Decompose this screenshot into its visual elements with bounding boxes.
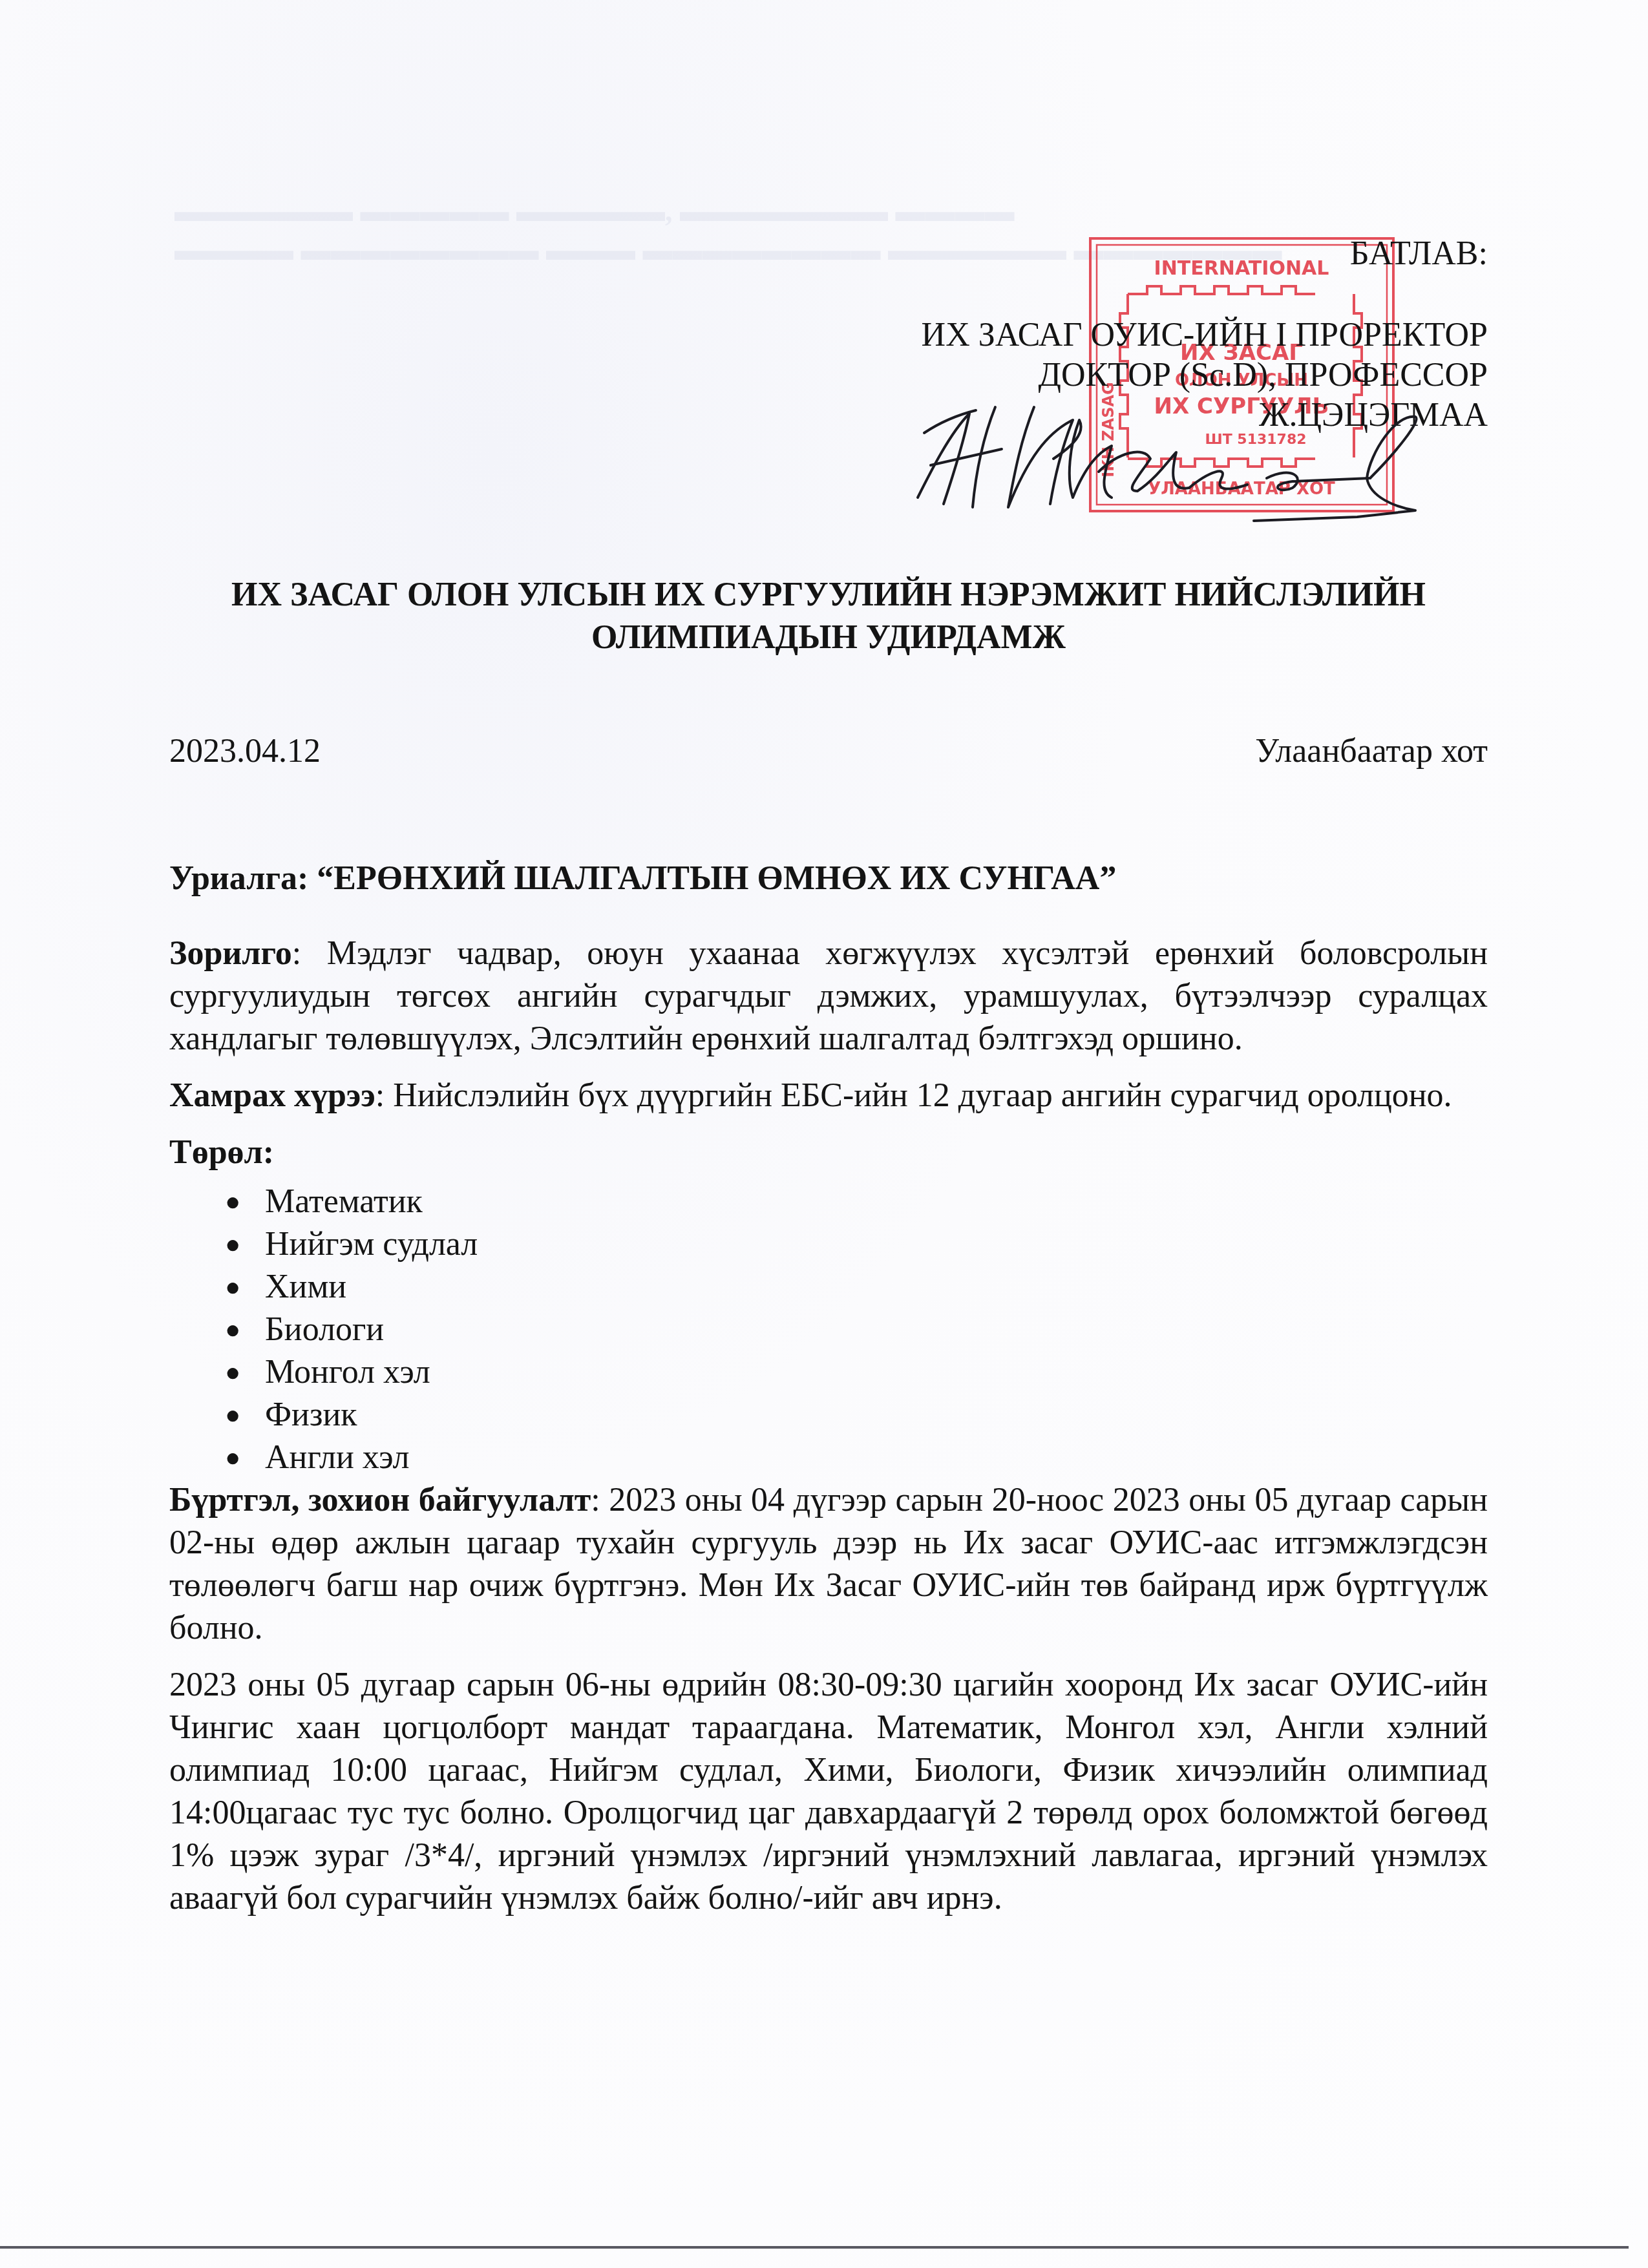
list-item: ●Хими [169, 1266, 1488, 1308]
list-item: ●Биологи [169, 1308, 1488, 1351]
document-body: Уриалга: “ЕРӨНХИЙ ШАЛГАЛТЫН ӨМНӨХ ИХ СУН… [169, 857, 1488, 1934]
campaign-label: Уриалга: [169, 860, 308, 897]
document-date: 2023.04.12 [169, 730, 321, 773]
registration-section: Бүртгэл, зохион байгуулалт: 2023 оны 04 … [169, 1479, 1488, 1650]
scanned-page: ▬▬▬▬▬▬ ▬▬▬▬▬ ▬▬▬▬▬, ▬▬▬▬▬▬▬ ▬▬▬▬ ▬▬▬▬ ▬▬… [0, 0, 1648, 2268]
document-title: ИХ ЗАСАГ ОЛОН УЛСЫН ИХ СУРГУУЛИЙН НЭРЭМЖ… [169, 574, 1488, 659]
bleed-through-text: ▬▬▬▬▬▬ ▬▬▬▬▬ ▬▬▬▬▬, ▬▬▬▬▬▬▬ ▬▬▬▬ [174, 194, 1015, 228]
scope-section: Хамрах хүрээ: Нийслэлийн бүх дүүргийн ЕБ… [169, 1075, 1488, 1117]
handwritten-signature [905, 394, 1441, 523]
title-line-2: ОЛИМПИАДЫН УДИРДАМЖ [169, 616, 1488, 659]
campaign-section: Уриалга: “ЕРӨНХИЙ ШАЛГАЛТЫН ӨМНӨХ ИХ СУН… [169, 857, 1488, 900]
bullet-icon: ● [225, 1266, 240, 1308]
approver-degree: ДОКТОР (Sc.D), ПРОФЕССОР [922, 355, 1488, 395]
title-line-1: ИХ ЗАСАГ ОЛОН УЛСЫН ИХ СУРГУУЛИЙН НЭРЭМЖ… [169, 574, 1488, 616]
goal-section: Зорилго: Мэдлэг чадвар, оюун ухаанаа хөг… [169, 932, 1488, 1060]
scope-label: Хамрах хүрээ [169, 1077, 375, 1114]
registration-label: Бүртгэл, зохион байгуулалт [169, 1482, 591, 1518]
goal-text: : Мэдлэг чадвар, оюун ухаанаа хөгжүүлэх … [169, 935, 1488, 1057]
bullet-icon: ● [225, 1394, 240, 1436]
list-item: ●Нийгэм судлал [169, 1223, 1488, 1266]
scanner-edge-line [0, 2246, 1629, 2249]
types-section: Төрөл: [169, 1131, 1488, 1174]
bullet-icon: ● [225, 1308, 240, 1351]
schedule-text: 2023 оны 05 дугаар сарын 06-ны өдрийн 08… [169, 1666, 1488, 1916]
list-item: ●Математик [169, 1181, 1488, 1223]
bullet-icon: ● [225, 1436, 240, 1479]
types-label: Төрөл: [169, 1134, 274, 1171]
scope-text: : Нийслэлийн бүх дүүргийн ЕБС-ийн 12 дуг… [375, 1077, 1452, 1114]
list-item: ●Монгол хэл [169, 1351, 1488, 1394]
subject-list: ●Математик ●Нийгэм судлал ●Хими ●Биологи… [169, 1181, 1488, 1479]
campaign-text: “ЕРӨНХИЙ ШАЛГАЛТЫН ӨМНӨХ ИХ СУНГАА” [308, 860, 1116, 897]
bullet-icon: ● [225, 1181, 240, 1223]
bullet-icon: ● [225, 1351, 240, 1394]
document-place: Улаанбаатар хот [1255, 730, 1488, 773]
list-item: ●Англи хэл [169, 1436, 1488, 1479]
approver-position: ИХ ЗАСАГ ОУИС-ИЙН I ПРОРЕКТОР [922, 315, 1488, 355]
goal-label: Зорилго [169, 935, 292, 972]
bullet-icon: ● [225, 1223, 240, 1266]
date-place-line: 2023.04.12 Улаанбаатар хот [169, 730, 1488, 773]
approval-label: БАТЛАВ: [922, 234, 1488, 274]
list-item: ●Физик [169, 1394, 1488, 1436]
schedule-section: 2023 оны 05 дугаар сарын 06-ны өдрийн 08… [169, 1664, 1488, 1920]
